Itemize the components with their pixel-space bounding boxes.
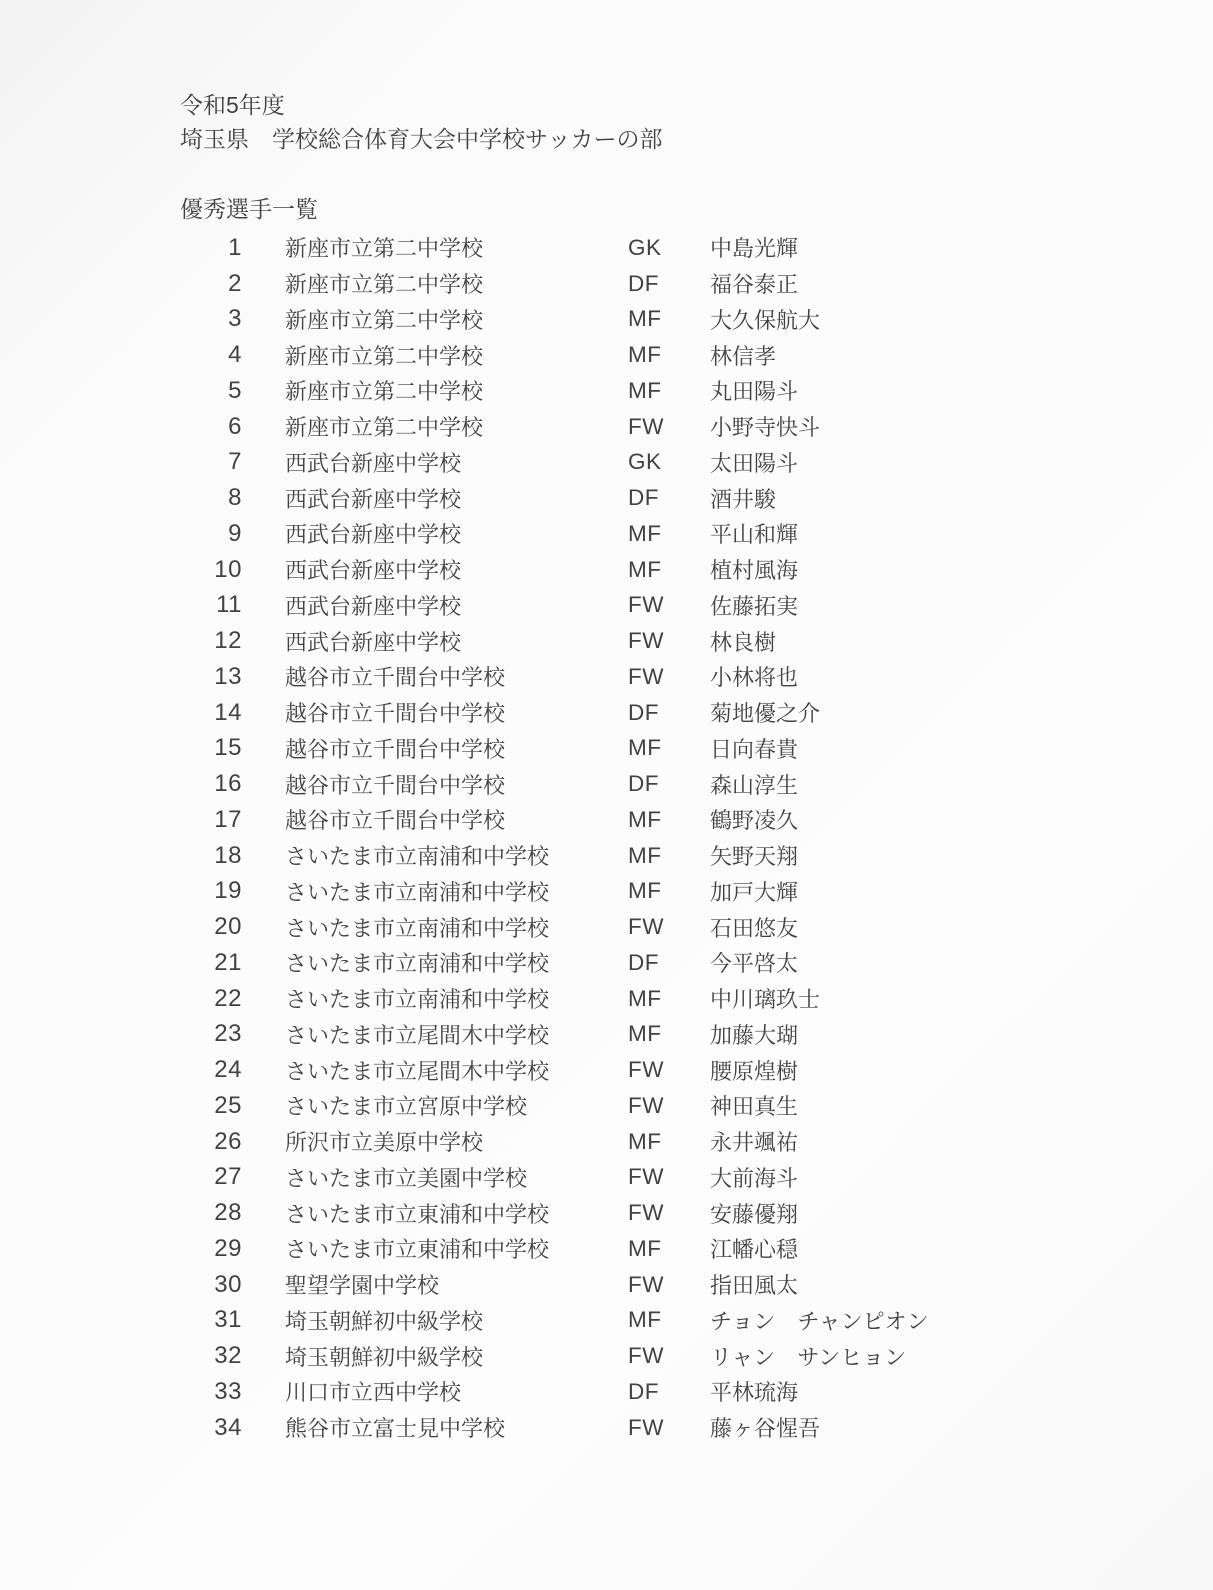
player-number: 13 (180, 663, 242, 691)
fiscal-year-title: 令和5年度 (180, 91, 663, 119)
player-school: さいたま市立南浦和中学校 (285, 983, 628, 1014)
player-row: 17越谷市立千間台中学校MF鶴野凌久 (180, 802, 1160, 838)
player-position: DF (628, 700, 710, 726)
player-school: 新座市立第二中学校 (285, 304, 628, 335)
player-school: 新座市立第二中学校 (285, 268, 628, 299)
player-position: MF (628, 378, 710, 404)
player-number: 28 (180, 1199, 242, 1227)
player-school: 西武台新座中学校 (285, 447, 628, 478)
player-number: 14 (180, 699, 242, 727)
player-name: 加戸大輝 (710, 876, 1160, 907)
player-position: FW (628, 664, 710, 690)
player-position: MF (628, 843, 710, 869)
player-row: 12西武台新座中学校FW林良樹 (180, 623, 1160, 659)
player-name: 日向春貴 (710, 733, 1160, 764)
player-position: DF (628, 950, 710, 976)
player-number: 31 (180, 1306, 242, 1334)
player-row: 24さいたま市立尾間木中学校FW腰原煌樹 (180, 1052, 1160, 1088)
player-position: MF (628, 1129, 710, 1155)
player-number: 2 (180, 270, 242, 298)
player-number: 34 (180, 1414, 242, 1442)
player-name: 加藤大瑚 (710, 1019, 1160, 1050)
player-number: 15 (180, 734, 242, 762)
player-position: FW (628, 628, 710, 654)
player-row: 14越谷市立千間台中学校DF菊地優之介 (180, 695, 1160, 731)
player-school: さいたま市立東浦和中学校 (285, 1198, 628, 1229)
player-name: 今平啓太 (710, 947, 1160, 978)
player-row: 21さいたま市立南浦和中学校DF今平啓太 (180, 945, 1160, 981)
player-position: MF (628, 557, 710, 583)
player-row: 30聖望学園中学校FW指田風太 (180, 1267, 1160, 1303)
player-number: 4 (180, 341, 242, 369)
player-school: 新座市立第二中学校 (285, 375, 628, 406)
player-number: 21 (180, 949, 242, 977)
player-number: 27 (180, 1163, 242, 1191)
player-position: MF (628, 807, 710, 833)
player-position: FW (628, 1272, 710, 1298)
player-position: FW (628, 1057, 710, 1083)
player-number: 29 (180, 1235, 242, 1263)
player-school: 西武台新座中学校 (285, 483, 628, 514)
player-number: 30 (180, 1271, 242, 1299)
player-name: 中島光輝 (710, 232, 1160, 263)
player-row: 9西武台新座中学校MF平山和輝 (180, 516, 1160, 552)
player-name: 神田真生 (710, 1090, 1160, 1121)
player-number: 20 (180, 913, 242, 941)
player-school: 越谷市立千間台中学校 (285, 804, 628, 835)
tournament-title: 埼玉県 学校総合体育大会中学校サッカーの部 (180, 125, 663, 153)
player-position: MF (628, 1021, 710, 1047)
player-school: さいたま市立南浦和中学校 (285, 912, 628, 943)
player-row: 8西武台新座中学校DF酒井駿 (180, 480, 1160, 516)
player-number: 9 (180, 520, 242, 548)
player-name: 安藤優翔 (710, 1198, 1160, 1229)
player-name: 酒井駿 (710, 483, 1160, 514)
player-position: MF (628, 342, 710, 368)
player-school: 新座市立第二中学校 (285, 340, 628, 371)
player-list: 1新座市立第二中学校GK中島光輝2新座市立第二中学校DF福谷泰正3新座市立第二中… (180, 230, 1160, 1446)
player-name: 矢野天翔 (710, 840, 1160, 871)
player-row: 15越谷市立千間台中学校MF日向春貴 (180, 731, 1160, 767)
player-row: 10西武台新座中学校MF植村風海 (180, 552, 1160, 588)
player-number: 16 (180, 770, 242, 798)
player-school: 西武台新座中学校 (285, 590, 628, 621)
player-school: さいたま市立尾間木中学校 (285, 1055, 628, 1086)
player-row: 20さいたま市立南浦和中学校FW石田悠友 (180, 909, 1160, 945)
player-position: FW (628, 592, 710, 618)
player-number: 3 (180, 305, 242, 333)
player-name: チョン チャンピオン (710, 1305, 1160, 1336)
player-position: FW (628, 1415, 710, 1441)
player-name: 佐藤拓実 (710, 590, 1160, 621)
player-name: 林良樹 (710, 626, 1160, 657)
player-position: MF (628, 521, 710, 547)
player-number: 10 (180, 556, 242, 584)
player-row: 22さいたま市立南浦和中学校MF中川璃玖士 (180, 981, 1160, 1017)
player-position: MF (628, 986, 710, 1012)
player-school: さいたま市立南浦和中学校 (285, 947, 628, 978)
player-name: 鶴野凌久 (710, 804, 1160, 835)
player-number: 12 (180, 627, 242, 655)
player-number: 5 (180, 377, 242, 405)
player-school: さいたま市立尾間木中学校 (285, 1019, 628, 1050)
player-row: 23さいたま市立尾間木中学校MF加藤大瑚 (180, 1017, 1160, 1053)
player-position: FW (628, 1164, 710, 1190)
player-row: 28さいたま市立東浦和中学校FW安藤優翔 (180, 1195, 1160, 1231)
player-position: DF (628, 1379, 710, 1405)
player-school: 新座市立第二中学校 (285, 232, 628, 263)
player-school: 新座市立第二中学校 (285, 411, 628, 442)
player-school: 越谷市立千間台中学校 (285, 697, 628, 728)
player-row: 19さいたま市立南浦和中学校MF加戸大輝 (180, 874, 1160, 910)
player-name: 腰原煌樹 (710, 1055, 1160, 1086)
player-list-title: 優秀選手一覧 (180, 196, 318, 222)
player-school: さいたま市立宮原中学校 (285, 1090, 628, 1121)
player-row: 33川口市立西中学校DF平林琉海 (180, 1374, 1160, 1410)
player-name: 石田悠友 (710, 912, 1160, 943)
player-school: 川口市立西中学校 (285, 1376, 628, 1407)
player-name: 指田風太 (710, 1269, 1160, 1300)
player-school: 越谷市立千間台中学校 (285, 661, 628, 692)
player-school: さいたま市立南浦和中学校 (285, 876, 628, 907)
player-number: 8 (180, 484, 242, 512)
player-school: さいたま市立美園中学校 (285, 1162, 628, 1193)
player-name: 小野寺快斗 (710, 411, 1160, 442)
player-number: 1 (180, 234, 242, 262)
player-name: 丸田陽斗 (710, 375, 1160, 406)
player-position: DF (628, 485, 710, 511)
player-position: FW (628, 914, 710, 940)
player-number: 32 (180, 1342, 242, 1370)
player-number: 19 (180, 877, 242, 905)
player-position: DF (628, 271, 710, 297)
player-school: 西武台新座中学校 (285, 554, 628, 585)
player-position: FW (628, 414, 710, 440)
player-row: 5新座市立第二中学校MF丸田陽斗 (180, 373, 1160, 409)
player-position: DF (628, 771, 710, 797)
player-number: 11 (180, 591, 242, 619)
player-school: 熊谷市立富士見中学校 (285, 1412, 628, 1443)
player-row: 31埼玉朝鮮初中級学校MFチョン チャンピオン (180, 1303, 1160, 1339)
player-name: 太田陽斗 (710, 447, 1160, 478)
player-row: 25さいたま市立宮原中学校FW神田真生 (180, 1088, 1160, 1124)
player-row: 13越谷市立千間台中学校FW小林将也 (180, 659, 1160, 695)
player-school: 所沢市立美原中学校 (285, 1126, 628, 1157)
player-row: 18さいたま市立南浦和中学校MF矢野天翔 (180, 838, 1160, 874)
document-page: 令和5年度 埼玉県 学校総合体育大会中学校サッカーの部 優秀選手一覧 1新座市立… (0, 0, 1213, 1590)
player-name: 大前海斗 (710, 1162, 1160, 1193)
player-school: 越谷市立千間台中学校 (285, 769, 628, 800)
player-position: MF (628, 1236, 710, 1262)
player-number: 33 (180, 1378, 242, 1406)
player-number: 25 (180, 1092, 242, 1120)
player-number: 23 (180, 1020, 242, 1048)
player-name: 菊地優之介 (710, 697, 1160, 728)
player-position: FW (628, 1093, 710, 1119)
player-row: 16越谷市立千間台中学校DF森山淳生 (180, 766, 1160, 802)
player-position: FW (628, 1343, 710, 1369)
player-number: 6 (180, 413, 242, 441)
player-row: 27さいたま市立美園中学校FW大前海斗 (180, 1160, 1160, 1196)
player-number: 7 (180, 448, 242, 476)
player-number: 22 (180, 985, 242, 1013)
player-number: 18 (180, 842, 242, 870)
player-name: 中川璃玖士 (710, 983, 1160, 1014)
player-name: 永井颯祐 (710, 1126, 1160, 1157)
document-header: 令和5年度 埼玉県 学校総合体育大会中学校サッカーの部 (180, 91, 663, 153)
player-name: 小林将也 (710, 661, 1160, 692)
player-position: MF (628, 735, 710, 761)
player-row: 11西武台新座中学校FW佐藤拓実 (180, 588, 1160, 624)
player-number: 26 (180, 1128, 242, 1156)
player-row: 3新座市立第二中学校MF大久保航大 (180, 302, 1160, 338)
player-position: GK (628, 449, 710, 475)
player-name: リャン サンヒョン (710, 1341, 1160, 1372)
player-row: 1新座市立第二中学校GK中島光輝 (180, 230, 1160, 266)
player-row: 34熊谷市立富士見中学校FW藤ヶ谷惺吾 (180, 1410, 1160, 1446)
player-row: 32埼玉朝鮮初中級学校FWリャン サンヒョン (180, 1338, 1160, 1374)
player-name: 平山和輝 (710, 518, 1160, 549)
player-school: さいたま市立南浦和中学校 (285, 840, 628, 871)
player-name: 森山淳生 (710, 769, 1160, 800)
player-school: 埼玉朝鮮初中級学校 (285, 1341, 628, 1372)
player-school: 聖望学園中学校 (285, 1269, 628, 1300)
player-position: MF (628, 878, 710, 904)
player-name: 平林琉海 (710, 1376, 1160, 1407)
player-number: 17 (180, 806, 242, 834)
player-row: 4新座市立第二中学校MF林信孝 (180, 337, 1160, 373)
player-position: FW (628, 1200, 710, 1226)
player-position: MF (628, 306, 710, 332)
player-position: MF (628, 1307, 710, 1333)
player-row: 6新座市立第二中学校FW小野寺快斗 (180, 409, 1160, 445)
player-school: さいたま市立東浦和中学校 (285, 1233, 628, 1264)
player-name: 林信孝 (710, 340, 1160, 371)
player-name: 大久保航大 (710, 304, 1160, 335)
player-school: 越谷市立千間台中学校 (285, 733, 628, 764)
player-name: 福谷泰正 (710, 268, 1160, 299)
player-number: 24 (180, 1056, 242, 1084)
player-school: 埼玉朝鮮初中級学校 (285, 1305, 628, 1336)
player-row: 26所沢市立美原中学校MF永井颯祐 (180, 1124, 1160, 1160)
player-name: 植村風海 (710, 554, 1160, 585)
player-name: 江幡心穏 (710, 1233, 1160, 1264)
player-position: GK (628, 235, 710, 261)
player-school: 西武台新座中学校 (285, 518, 628, 549)
player-school: 西武台新座中学校 (285, 626, 628, 657)
player-name: 藤ヶ谷惺吾 (710, 1412, 1160, 1443)
player-row: 29さいたま市立東浦和中学校MF江幡心穏 (180, 1231, 1160, 1267)
player-row: 2新座市立第二中学校DF福谷泰正 (180, 266, 1160, 302)
player-row: 7西武台新座中学校GK太田陽斗 (180, 445, 1160, 481)
